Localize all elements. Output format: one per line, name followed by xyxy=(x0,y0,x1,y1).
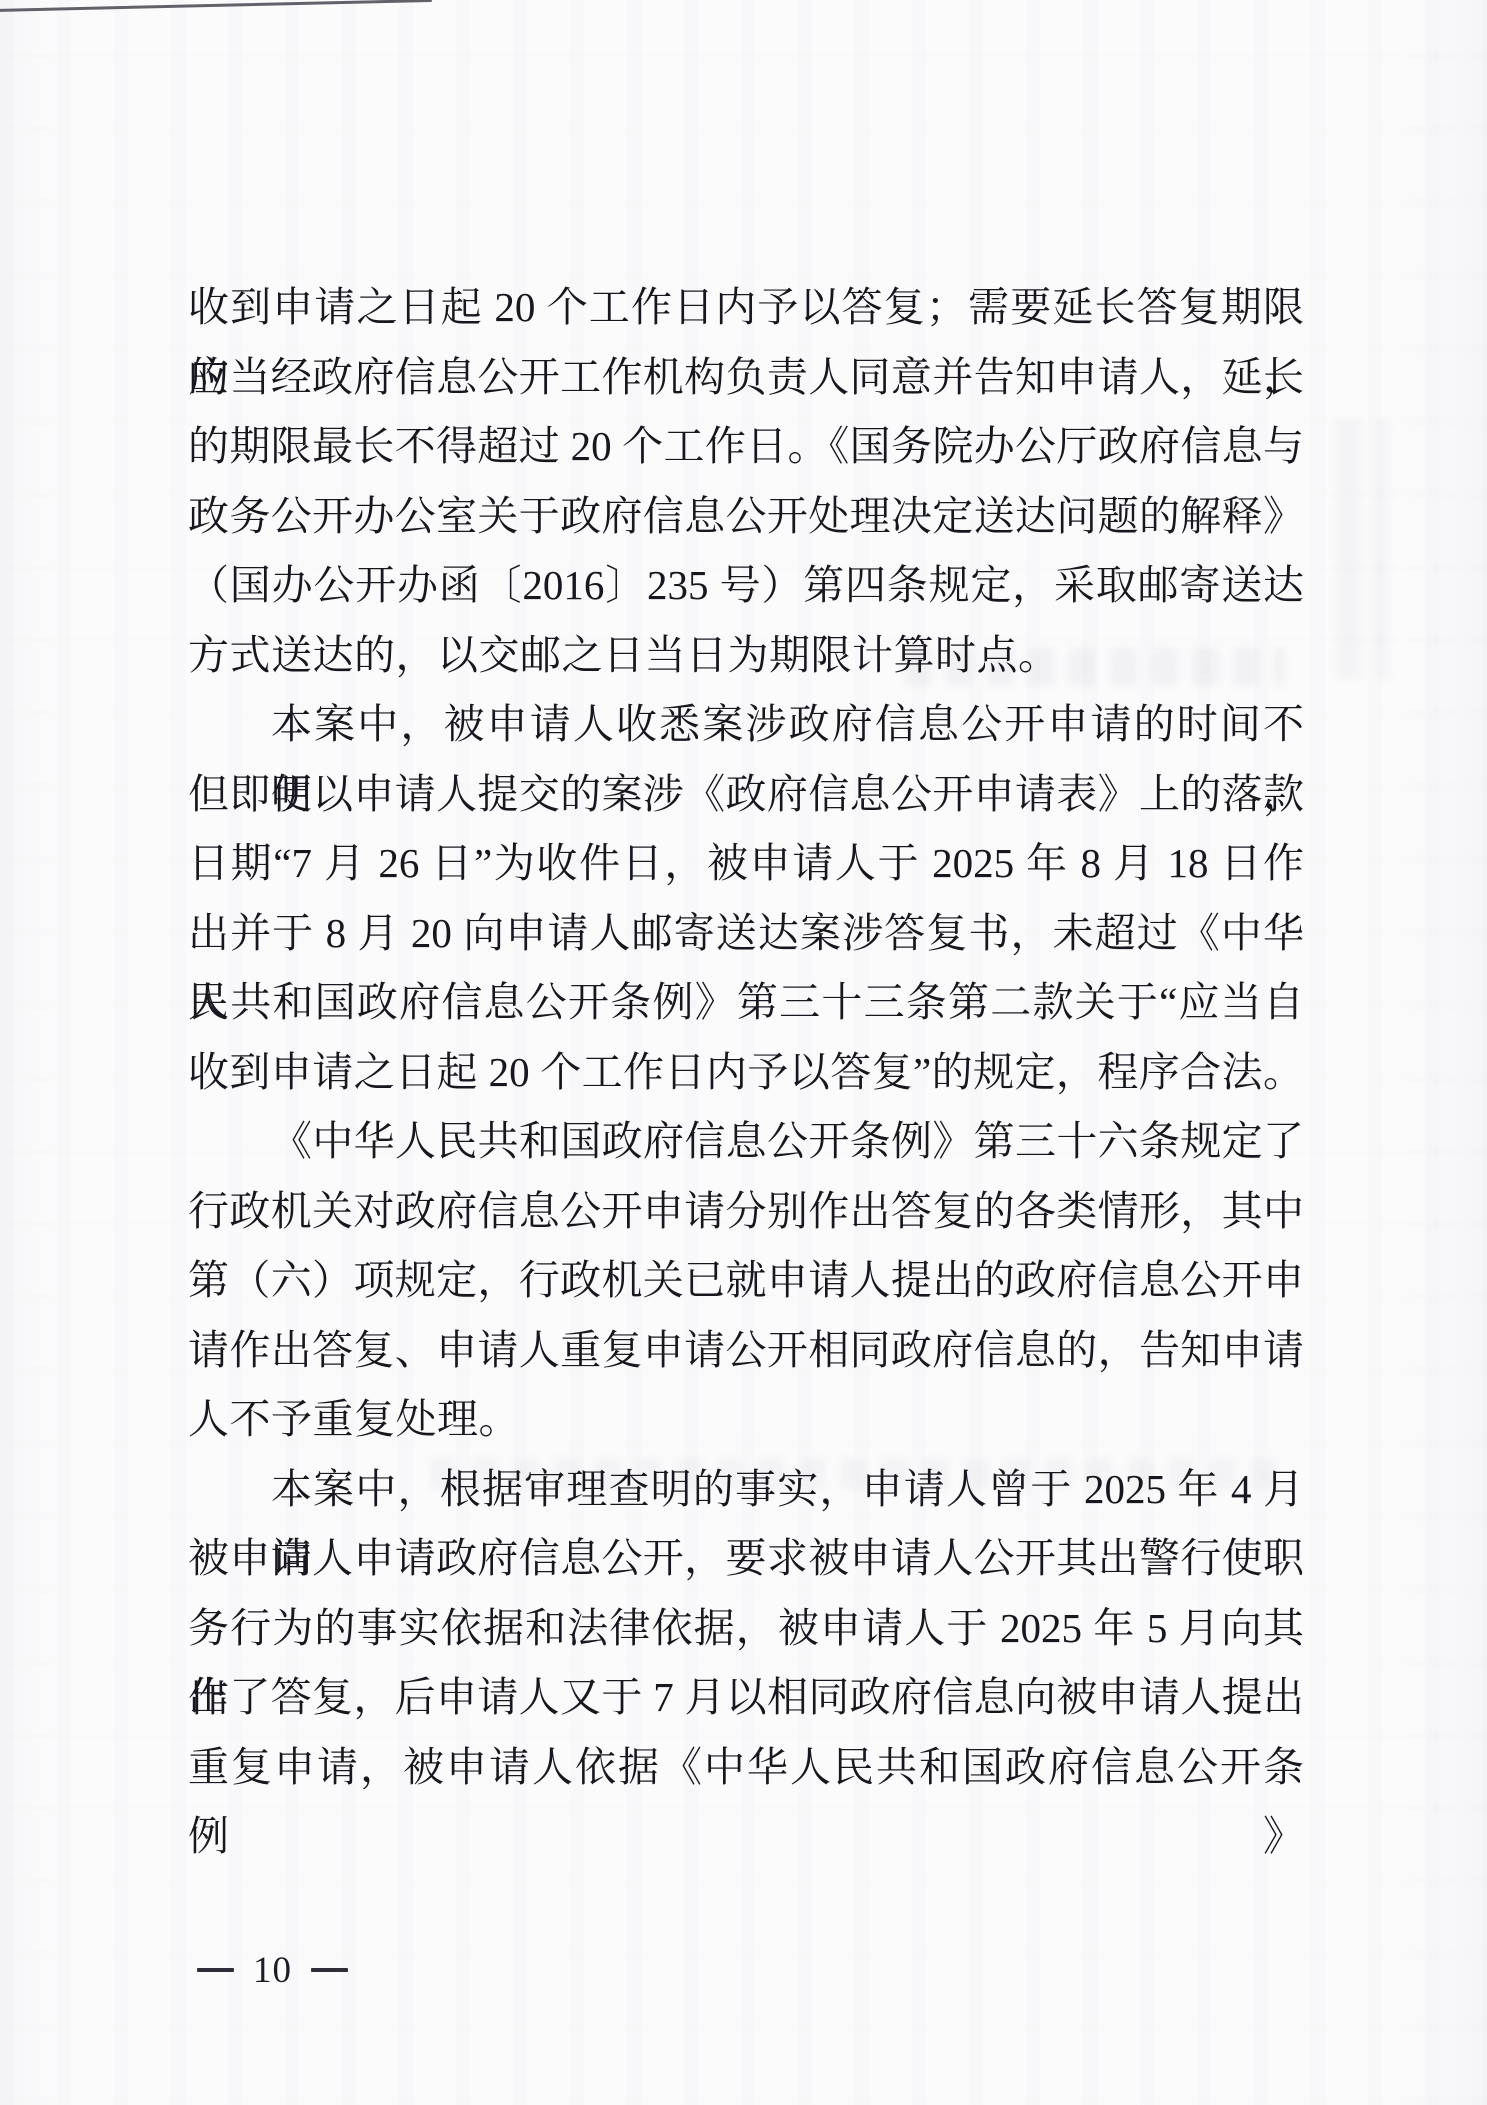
footer-dash-left xyxy=(197,1968,234,1972)
text-line: 收到申请之日起 20 个工作日内予以答复；需要延长答复期限的， xyxy=(188,273,1304,343)
ink-bleed-artifact xyxy=(1335,420,1390,680)
text-line: 出并于 8 月 20 向申请人邮寄送达案涉答复书，未超过《中华人 xyxy=(188,899,1304,969)
text-line: 应当经政府信息公开工作机构负责人同意并告知申请人，延长 xyxy=(188,343,1304,413)
page-footer: 10 xyxy=(197,1944,348,1996)
text-line: 人不予重复处理。 xyxy=(188,1385,1304,1455)
text-line: 务行为的事实依据和法律依据，被申请人于 2025 年 5 月向其作 xyxy=(188,1594,1304,1664)
text-line: （国办公开办函〔2016〕235 号）第四条规定，采取邮寄送达 xyxy=(188,551,1304,621)
text-line: 本案中，根据审理查明的事实，申请人曾于 2025 年 4 月向 xyxy=(188,1455,1304,1525)
scanned-document-page: 收到申请之日起 20 个工作日内予以答复；需要延长答复期限的，应当经政府信息公开… xyxy=(0,0,1487,2105)
text-line: 行政机关对政府信息公开申请分别作出答复的各类情形，其中 xyxy=(188,1177,1304,1247)
text-line: 但即便以申请人提交的案涉《政府信息公开申请表》上的落款 xyxy=(188,760,1304,830)
page-number: 10 xyxy=(253,1952,292,1989)
text-line: 重复申请，被申请人依据《中华人民共和国政府信息公开条例》 xyxy=(188,1733,1304,1803)
text-line: 第（六）项规定，行政机关已就申请人提出的政府信息公开申 xyxy=(188,1246,1304,1316)
text-line: 民共和国政府信息公开条例》第三十三条第二款关于“应当自 xyxy=(188,968,1304,1038)
footer-dash-right xyxy=(311,1968,348,1972)
text-line: 收到申请之日起 20 个工作日内予以答复”的规定，程序合法。 xyxy=(188,1038,1304,1108)
text-line: 请作出答复、申请人重复申请公开相同政府信息的，告知申请 xyxy=(188,1316,1304,1386)
text-line: 政务公开办公室关于政府信息公开处理决定送达问题的解释》 xyxy=(188,482,1304,552)
text-line: 的期限最长不得超过 20 个工作日。《国务院办公厅政府信息与 xyxy=(188,412,1304,482)
document-body-text: 收到申请之日起 20 个工作日内予以答复；需要延长答复期限的，应当经政府信息公开… xyxy=(188,273,1304,1802)
text-line: 方式送达的，以交邮之日当日为期限计算时点。 xyxy=(188,621,1304,691)
text-line: 日期“7 月 26 日”为收件日，被申请人于 2025 年 8 月 18 日作 xyxy=(188,829,1304,899)
scan-edge-artifact xyxy=(0,0,432,12)
text-line: 《中华人民共和国政府信息公开条例》第三十六条规定了 xyxy=(188,1107,1304,1177)
text-line: 被申请人申请政府信息公开，要求被申请人公开其出警行使职 xyxy=(188,1524,1304,1594)
text-line: 本案中，被申请人收悉案涉政府信息公开申请的时间不明， xyxy=(188,690,1304,760)
text-line: 出了答复，后申请人又于 7 月以相同政府信息向被申请人提出 xyxy=(188,1663,1304,1733)
